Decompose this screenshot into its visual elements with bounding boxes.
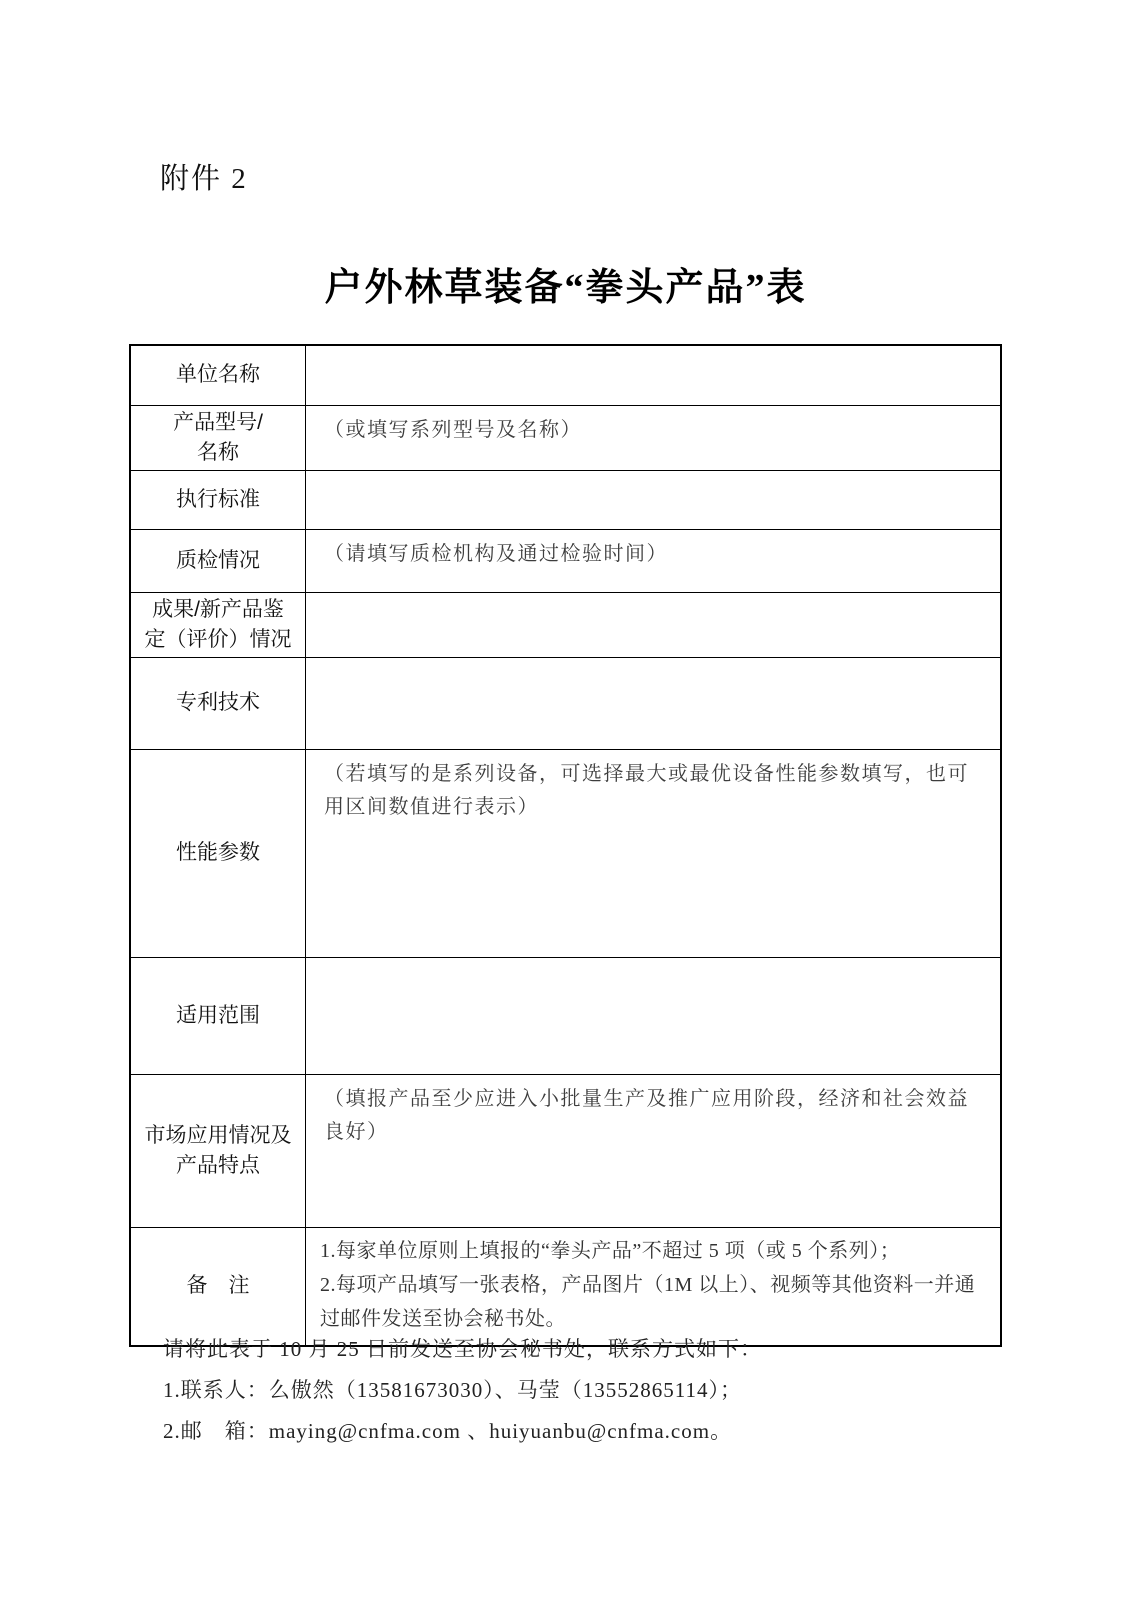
row-content-unit-name [306, 345, 1002, 405]
table-row: 产品型号/ 名称 （或填写系列型号及名称） [130, 405, 1001, 470]
row-content-standard [306, 470, 1002, 529]
row-content-scope [306, 957, 1002, 1074]
row-content-performance: （若填写的是系列设备，可选择最大或最优设备性能参数填写，也可用区间数值进行表示） [306, 749, 1002, 957]
row-content-remarks: 1.每家单位原则上填报的“拳头产品”不超过 5 项（或 5 个系列）； 2.每项… [306, 1227, 1002, 1346]
row-content-market-application: （填报产品至少应进入小批量生产及推广应用阶段，经济和社会效益良好） [306, 1074, 1002, 1227]
table-row: 成果/新产品鉴 定（评价）情况 [130, 592, 1001, 657]
table-row: 市场应用情况及 产品特点 （填报产品至少应进入小批量生产及推广应用阶段，经济和社… [130, 1074, 1001, 1227]
table-row: 质检情况 （请填写质检机构及通过检验时间） [130, 529, 1001, 592]
row-content-quality-inspection: （请填写质检机构及通过检验时间） [306, 529, 1002, 592]
row-label-scope: 适用范围 [130, 957, 306, 1074]
row-label-unit-name: 单位名称 [130, 345, 306, 405]
contact-line: 1.联系人：么傲然（13581673030）、马莹（13552865114）； [163, 1375, 1003, 1406]
product-form-table: 单位名称 产品型号/ 名称 （或填写系列型号及名称） 执行标准 质检情况 （请填… [129, 344, 1002, 1347]
table-row: 专利技术 [130, 657, 1001, 749]
table-row: 执行标准 [130, 470, 1001, 529]
deadline-note: 请将此表于 10 月 25 日前发送至协会秘书处，联系方式如下： [163, 1334, 1003, 1365]
row-label-patent: 专利技术 [130, 657, 306, 749]
email-line: 2.邮 箱：maying@cnfma.com 、huiyuanbu@cnfma.… [163, 1416, 1003, 1447]
table-row: 性能参数 （若填写的是系列设备，可选择最大或最优设备性能参数填写，也可用区间数值… [130, 749, 1001, 957]
table-row: 单位名称 [130, 345, 1001, 405]
row-label-remarks: 备 注 [130, 1227, 306, 1346]
row-label-standard: 执行标准 [130, 470, 306, 529]
page-title: 户外林草装备“拳头产品”表 [0, 256, 1131, 311]
table-row: 备 注 1.每家单位原则上填报的“拳头产品”不超过 5 项（或 5 个系列）； … [130, 1227, 1001, 1346]
remark-item-2: 2.每项产品填写一张表格，产品图片（1M 以上）、视频等其他资料一并通过邮件发送… [320, 1268, 986, 1336]
remark-item-1: 1.每家单位原则上填报的“拳头产品”不超过 5 项（或 5 个系列）； [320, 1234, 986, 1268]
row-label-quality-inspection: 质检情况 [130, 529, 306, 592]
row-content-patent [306, 657, 1002, 749]
row-label-performance: 性能参数 [130, 749, 306, 957]
row-content-appraisal [306, 592, 1002, 657]
footer-notes: 请将此表于 10 月 25 日前发送至协会秘书处，联系方式如下： 1.联系人：么… [163, 1334, 1003, 1457]
row-label-market-application: 市场应用情况及 产品特点 [130, 1074, 306, 1227]
document-page: { "page": { "attachment_label": "附件 2", … [0, 0, 1131, 1600]
row-content-product-model: （或填写系列型号及名称） [306, 405, 1002, 470]
row-label-product-model: 产品型号/ 名称 [130, 405, 306, 470]
attachment-label: 附件 2 [160, 156, 248, 197]
table-row: 适用范围 [130, 957, 1001, 1074]
row-label-appraisal: 成果/新产品鉴 定（评价）情况 [130, 592, 306, 657]
